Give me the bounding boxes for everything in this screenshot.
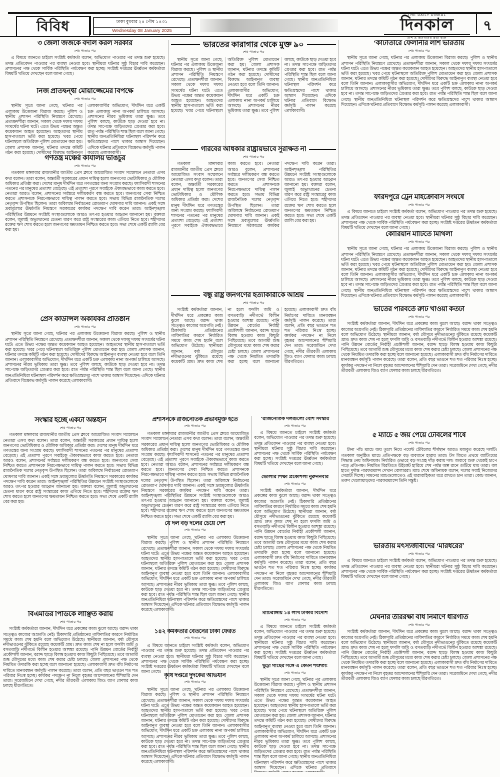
article-body: টানা পাঁচ ম্যাচে জয় তুলে নিয়ে পয়েন্ট … bbox=[341, 447, 497, 543]
headline: সংস্কার হচ্ছে একটা অন্তহীন bbox=[3, 417, 138, 425]
article-body: সংশ্লিষ্ট কর্মকর্তারা জানান, দীর্ঘদিন ধর… bbox=[171, 307, 336, 415]
article-press-council: প্রেস কাউন্সিল অকার্যকর প্রতিষ্ঠান শেষ প… bbox=[5, 316, 165, 416]
article-maize-enmity: ভুট্টা গাছের সঙ্গে এ কেমন শত্রুতা! শেষ প… bbox=[254, 664, 336, 772]
article-mithila-korea: কোরিয়ান মাটিতে মিথিলা শেষ পাতার পর স্থা… bbox=[341, 231, 497, 306]
article-reform-endless: সংস্কার হচ্ছে একটা অন্তহীন শেষ পাতার পর … bbox=[3, 417, 138, 610]
article-freed-from-indian-jail: ভারতের কারাগার থেকে মুক্ত ৯০ শেষ পাতার প… bbox=[171, 40, 336, 146]
article-poor-rights: গরিবের অধিকার রাষ্ট্রীয়ভাবে সুরক্ষিত না… bbox=[171, 146, 336, 292]
headline: ‘কাঁটাতারে ফেলানীর লাশ ভারতীয় bbox=[341, 40, 497, 48]
continued-from-label: শেষ পাতার পর bbox=[3, 425, 138, 433]
continued-from-label: শেষ পাতার পর bbox=[141, 528, 249, 536]
article-indian-fishermen-beaten: ভারতীয় মৎস্যজীবীদের ‘মারধরের’ শেষ পাতার… bbox=[341, 543, 497, 614]
continued-from-label: শেষ পাতার পর bbox=[141, 636, 249, 644]
article-body: গতকাল মঙ্গলবার রাজধানীর জাতীয় প্রেস ক্ল… bbox=[5, 170, 165, 316]
article-body: স্থানীয় সূত্রে জানা গেছে, ঘটনার পর এলাক… bbox=[254, 677, 336, 772]
article-felani-body: ‘কাঁটাতারে ফেলানীর লাশ ভারতীয় শেষ পাতার… bbox=[341, 40, 497, 194]
headline: গণতন্ত্র মঞ্চের কার্যালয় ভাঙচুর bbox=[5, 155, 165, 163]
article-matiranga-foreign-goods: মাটিরাঙ্গায় ১৪ লাখ টাকার বিদেশি শেষ পাত… bbox=[254, 611, 336, 664]
headline-flank-rule bbox=[171, 149, 198, 150]
masthead-decor-bar bbox=[200, 19, 338, 32]
article-body: স্থানীয় সূত্রে জানা গেছে, ঘটনার পর এলাক… bbox=[171, 57, 336, 146]
article-admin-political-influence: প্রশাসনকে রাজনৈতিক প্রভাবমুক্ত হতে শেষ প… bbox=[141, 417, 249, 521]
article-body: স্থানীয় সূত্রে জানা গেছে, ঘটনার পর এলাক… bbox=[5, 331, 165, 416]
headline: প্রশাসনকে রাজনৈতিক প্রভাবমুক্ত হতে bbox=[141, 417, 249, 424]
headline-flank-rule bbox=[307, 295, 336, 296]
article-five-wins-top: ৫ ম্যাচে ৫ জয় পেয়ে টেবিলের শীর্ষে শেষ … bbox=[341, 432, 497, 543]
article-body: সংশ্লিষ্ট কর্মকর্তারা জানান, দীর্ঘদিন ধর… bbox=[341, 629, 497, 773]
article-body: স্থানীয় সূত্রে জানা গেছে, ঘটনার পর এলাক… bbox=[341, 246, 497, 306]
headline: ভারতের কারাগার থেকে মুক্ত ৯০ bbox=[203, 40, 304, 49]
article-body: এ বিষয়ে জানতে চাইলে সংশ্লিষ্ট কর্মকর্তা… bbox=[254, 430, 336, 475]
headline: ৫ ম্যাচে ৫ জয় পেয়ে টেবিলের শীর্ষে bbox=[341, 432, 497, 440]
article-judges-transfer: ৩ জেলা জজকে বদলি করল সরকার শেষ পাতার পর … bbox=[5, 40, 165, 88]
headline: মেঘনার তীররক্ষা বাঁধ নির্মাণে ধীরগতি bbox=[341, 614, 497, 622]
headline: কৃষি দপ্তরে দুদকের অভিযান bbox=[141, 673, 249, 680]
column-rule-mid bbox=[251, 416, 252, 773]
continued-from-label: শেষ পাতার পর bbox=[141, 424, 249, 432]
headline: বিএমডির পিডিকে লাঞ্ছিত করায় bbox=[3, 611, 138, 619]
headline: ১৪২ কর্মকর্তার বেতনের টাকা ফেরত bbox=[141, 629, 249, 636]
article-body: গতকাল মঙ্গলবার রাজধানীর জাতীয় প্রেস ক্ল… bbox=[141, 431, 249, 521]
article-faridpur-train-crash: ফরিদপুরে ট্রেন মাইক্রোবাস সংঘর্ষে শেষ পা… bbox=[341, 194, 497, 231]
article-officials-salary-refund: ১৪২ কর্মকর্তার বেতনের টাকা ফেরত শেষ পাতা… bbox=[141, 629, 249, 673]
section-name: বিবিধ bbox=[37, 15, 70, 39]
article-rice-vs-roti: ভাতের পরিবর্তে রুটি খাওয়া কতটা শেষ পাতা… bbox=[341, 306, 497, 432]
continued-from-label: শেষ পাতার পর bbox=[254, 423, 336, 431]
continued-from-label: শেষ পাতার পর bbox=[341, 622, 497, 630]
continued-from-label: শেষ পাতার পর bbox=[341, 239, 497, 247]
article-dudok-agri-raid: কৃষি দপ্তরে দুদকের অভিযান শেষ পাতার পর স… bbox=[141, 673, 249, 772]
column-rule-right bbox=[338, 40, 339, 774]
page-number-separator bbox=[476, 14, 477, 34]
headline: ভারতীয় মৎস্যজীবীদের ‘মারধরের’ bbox=[341, 543, 497, 551]
continued-from-label: শেষ পাতার পর bbox=[5, 96, 165, 104]
article-body: স্থানীয় সূত্রে জানা গেছে, ঘটনার পর এলাক… bbox=[141, 535, 249, 629]
headline: প্রেস কাউন্সিল অকার্যকর প্রতিষ্ঠান bbox=[5, 316, 165, 324]
article-body: এ বিষয়ে জানতে চাইলে সংশ্লিষ্ট কর্মকর্তা… bbox=[254, 624, 336, 664]
headline: নিজ প্রতিদ্বন্দ্বী মোয়াজ্জেমের বিপক্ষে bbox=[5, 88, 165, 96]
article-body: স্থানীয় সূত্রে জানা গেছে, ঘটনার পর এলাক… bbox=[341, 55, 497, 194]
headline: ৩ জেলা জজকে বদলি করল সরকার bbox=[5, 40, 165, 48]
article-body: গতকাল মঙ্গলবার রাজধানীর জাতীয় প্রেস ক্ল… bbox=[171, 161, 336, 292]
continued-from-label: শেষ পাতার পর bbox=[254, 617, 336, 625]
continued-from-label: শেষ পাতার পর bbox=[171, 49, 336, 57]
article-ganatantra-mancha-vandalism: গণতন্ত্র মঞ্চের কার্যালয় ভাঙচুর শেষ পাত… bbox=[5, 155, 165, 316]
continued-from-label: শেষ পাতার পর bbox=[5, 48, 165, 56]
continued-from-label: শেষ পাতার পর bbox=[254, 481, 336, 489]
continued-from-label: শেষ পাতার পর bbox=[341, 551, 497, 559]
article-body: স্থানীয় সূত্রে জানা গেছে, ঘটনার পর এলাক… bbox=[5, 103, 165, 155]
paper-name: দিনকাল bbox=[384, 17, 470, 35]
article-body: সংশ্লিষ্ট কর্মকর্তারা জানান, দীর্ঘদিন ধর… bbox=[254, 488, 336, 611]
article-body: এ বিষয়ে জানতে চাইলে সংশ্লিষ্ট কর্মকর্তা… bbox=[341, 558, 497, 614]
article-body: সংশ্লিষ্ট কর্মকর্তারা জানান, দীর্ঘদিন ধর… bbox=[341, 321, 497, 432]
date-english: Wednesday 08 January 2025 bbox=[94, 27, 190, 34]
article-body: সংশ্লিষ্ট কর্মকর্তারা জানান, দীর্ঘদিন ধর… bbox=[3, 626, 138, 763]
article-meghna-embankment: মেঘনার তীররক্ষা বাঁধ নির্মাণে ধীরগতি শেষ… bbox=[341, 614, 497, 773]
article-rival-moazzem: নিজ প্রতিদ্বন্দ্বী মোয়াজ্জেমের বিপক্ষে … bbox=[5, 88, 165, 155]
page-number: ৭ bbox=[483, 14, 492, 38]
headline: ভাতের পরিবর্তে রুটি খাওয়া কতটা bbox=[341, 306, 497, 314]
article-bhola-engineer: ভোলার শিক্ষা প্রকৌশলী নুরুননবীর শেষ পাতা… bbox=[254, 475, 336, 611]
article-friendly-state-killers: বন্ধু রাষ্ট্র জনগণের হত্যাকারীকে আশ্রয় … bbox=[171, 292, 336, 415]
article-parties-more-reform: ‘রাজনৈতিক দলগুলো বেশি সংস্কার শেষ পাতার … bbox=[254, 417, 336, 475]
date-box: ঢাকা বুধবার ২৪ পৌষ ১৪৩১ Wednesday 08 Jan… bbox=[93, 17, 191, 35]
continued-from-label: শেষ পাতার পর bbox=[254, 670, 336, 678]
headline-flank-rule bbox=[171, 44, 200, 45]
continued-from-label: শেষ পাতার পর bbox=[341, 202, 497, 210]
headline: ফরিদপুরে ট্রেন মাইক্রোবাস সংঘর্ষে bbox=[341, 194, 497, 202]
headline: বন্ধু রাষ্ট্র জনগণের হত্যাকারীকে আশ্রয় bbox=[203, 292, 304, 300]
continued-from-label: শেষ পাতার পর bbox=[341, 314, 497, 322]
headline-flank-rule bbox=[171, 295, 200, 296]
article-body: এ বিষয়ে জানতে চাইলে সংশ্লিষ্ট কর্মকর্তা… bbox=[5, 55, 165, 88]
article-body: এ বিষয়ে জানতে চাইলে সংশ্লিষ্ট কর্মকর্তা… bbox=[141, 643, 249, 673]
headline: কোরিয়ান মাটিতে মিথিলা bbox=[341, 231, 497, 239]
continued-from-label: শেষ পাতার পর bbox=[5, 324, 165, 332]
continued-from-label: শেষ পাতার পর bbox=[5, 163, 165, 171]
continued-from-label: শেষ পাতার পর bbox=[141, 680, 249, 688]
continued-from-label: শেষ পাতার পর bbox=[3, 619, 138, 627]
headline: গরিবের অধিকার রাষ্ট্রীয়ভাবে সুরক্ষিত না bbox=[201, 146, 307, 154]
article-bmd-pd-harassment: বিএমডির পিডিকে লাঞ্ছিত করায় শেষ পাতার প… bbox=[3, 611, 138, 763]
newspaper-page: বিবিধ ঢাকা বুধবার ২৪ পৌষ ১৪৩১ Wednesday … bbox=[0, 0, 500, 777]
date-bengali: ঢাকা বুধবার ২৪ পৌষ ১৪৩১ bbox=[94, 18, 190, 27]
section-logo-box: বিবিধ bbox=[16, 16, 90, 37]
continued-from-label: শেষ পাতার পর bbox=[341, 48, 497, 56]
headline-flank-rule bbox=[307, 44, 336, 45]
paper-logo-block: THE DAILY DINKAL দিনকাল দেশ ও জনগণের কথা… bbox=[384, 13, 470, 42]
continued-from-label: শেষ পাতার পর bbox=[341, 440, 497, 448]
headline-flank-rule bbox=[309, 149, 336, 150]
masthead-bottom-rule bbox=[0, 36, 500, 37]
continued-from-label: শেষ পাতার পর bbox=[171, 300, 336, 308]
article-body: এ বিষয়ে জানতে চাইলে সংশ্লিষ্ট কর্মকর্তা… bbox=[341, 209, 497, 231]
article-party-vs-country: যে দল বড় দলের চেয়ে দেশ শেষ পাতার পর স্… bbox=[141, 521, 249, 629]
article-body: স্থানীয় সূত্রে জানা গেছে, ঘটনার পর এলাক… bbox=[141, 687, 249, 772]
article-body: গতকাল মঙ্গলবার রাজধানীর জাতীয় প্রেস ক্ল… bbox=[3, 432, 138, 610]
masthead-logo-separator bbox=[90, 16, 91, 35]
headline: যে দল বড় দলের চেয়ে দেশ bbox=[141, 521, 249, 528]
continued-from-label: শেষ পাতার পর bbox=[171, 154, 336, 162]
